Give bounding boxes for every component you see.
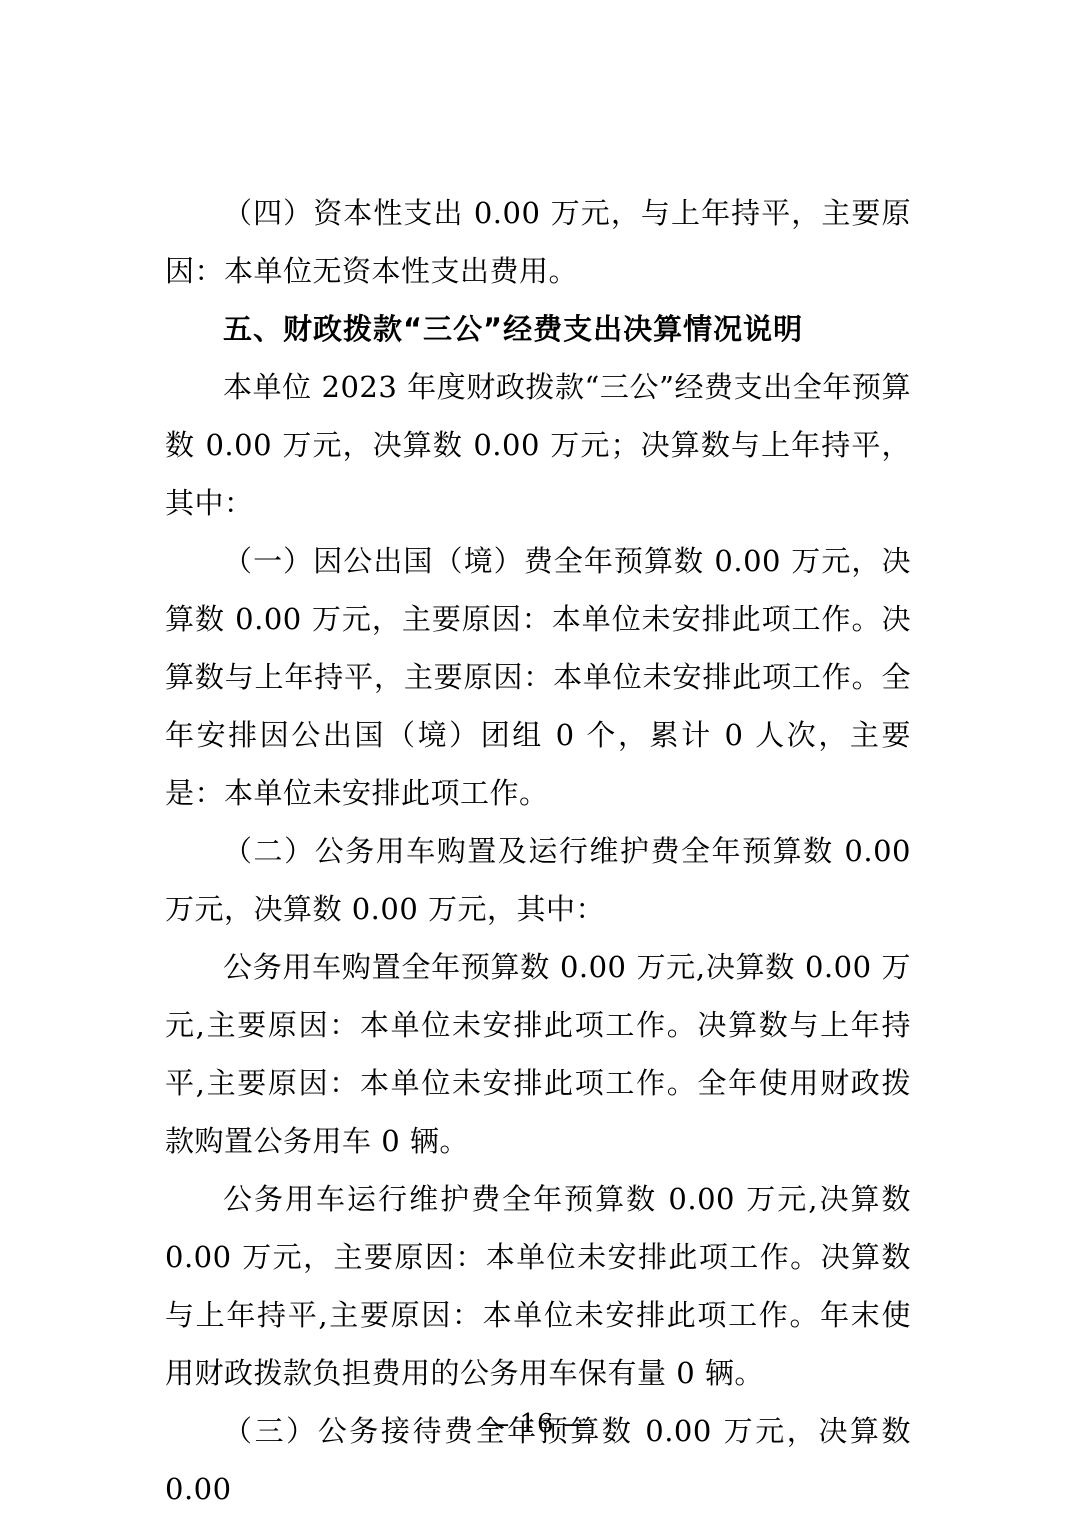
paragraph-official-vehicle-total: （二）公务用车购置及运行维护费全年预算数 0.00 万元，决算数 0.00 万元…: [165, 822, 911, 938]
paragraph-vehicle-purchase: 公务用车购置全年预算数 0.00 万元,决算数 0.00 万元,主要原因：本单位…: [165, 938, 911, 1170]
section-heading-three-public-funds: 五、财政拨款“三公”经费支出决算情况说明: [165, 300, 911, 358]
document-page: （四）资本性支出 0.00 万元，与上年持平，主要原因：本单位无资本性支出费用。…: [0, 0, 1074, 1520]
page-number: — 16 —: [0, 1404, 1074, 1444]
paragraph-capital-expenditure: （四）资本性支出 0.00 万元，与上年持平，主要原因：本单位无资本性支出费用。: [165, 184, 911, 300]
paragraph-overseas-travel-expense: （一）因公出国（境）费全年预算数 0.00 万元，决算数 0.00 万元，主要原…: [165, 532, 911, 822]
document-body: （四）资本性支出 0.00 万元，与上年持平，主要原因：本单位无资本性支出费用。…: [165, 184, 911, 1518]
paragraph-three-public-overview: 本单位 2023 年度财政拨款“三公”经费支出全年预算数 0.00 万元，决算数…: [165, 358, 911, 532]
paragraph-vehicle-maintenance: 公务用车运行维护费全年预算数 0.00 万元,决算数 0.00 万元，主要原因：…: [165, 1170, 911, 1402]
